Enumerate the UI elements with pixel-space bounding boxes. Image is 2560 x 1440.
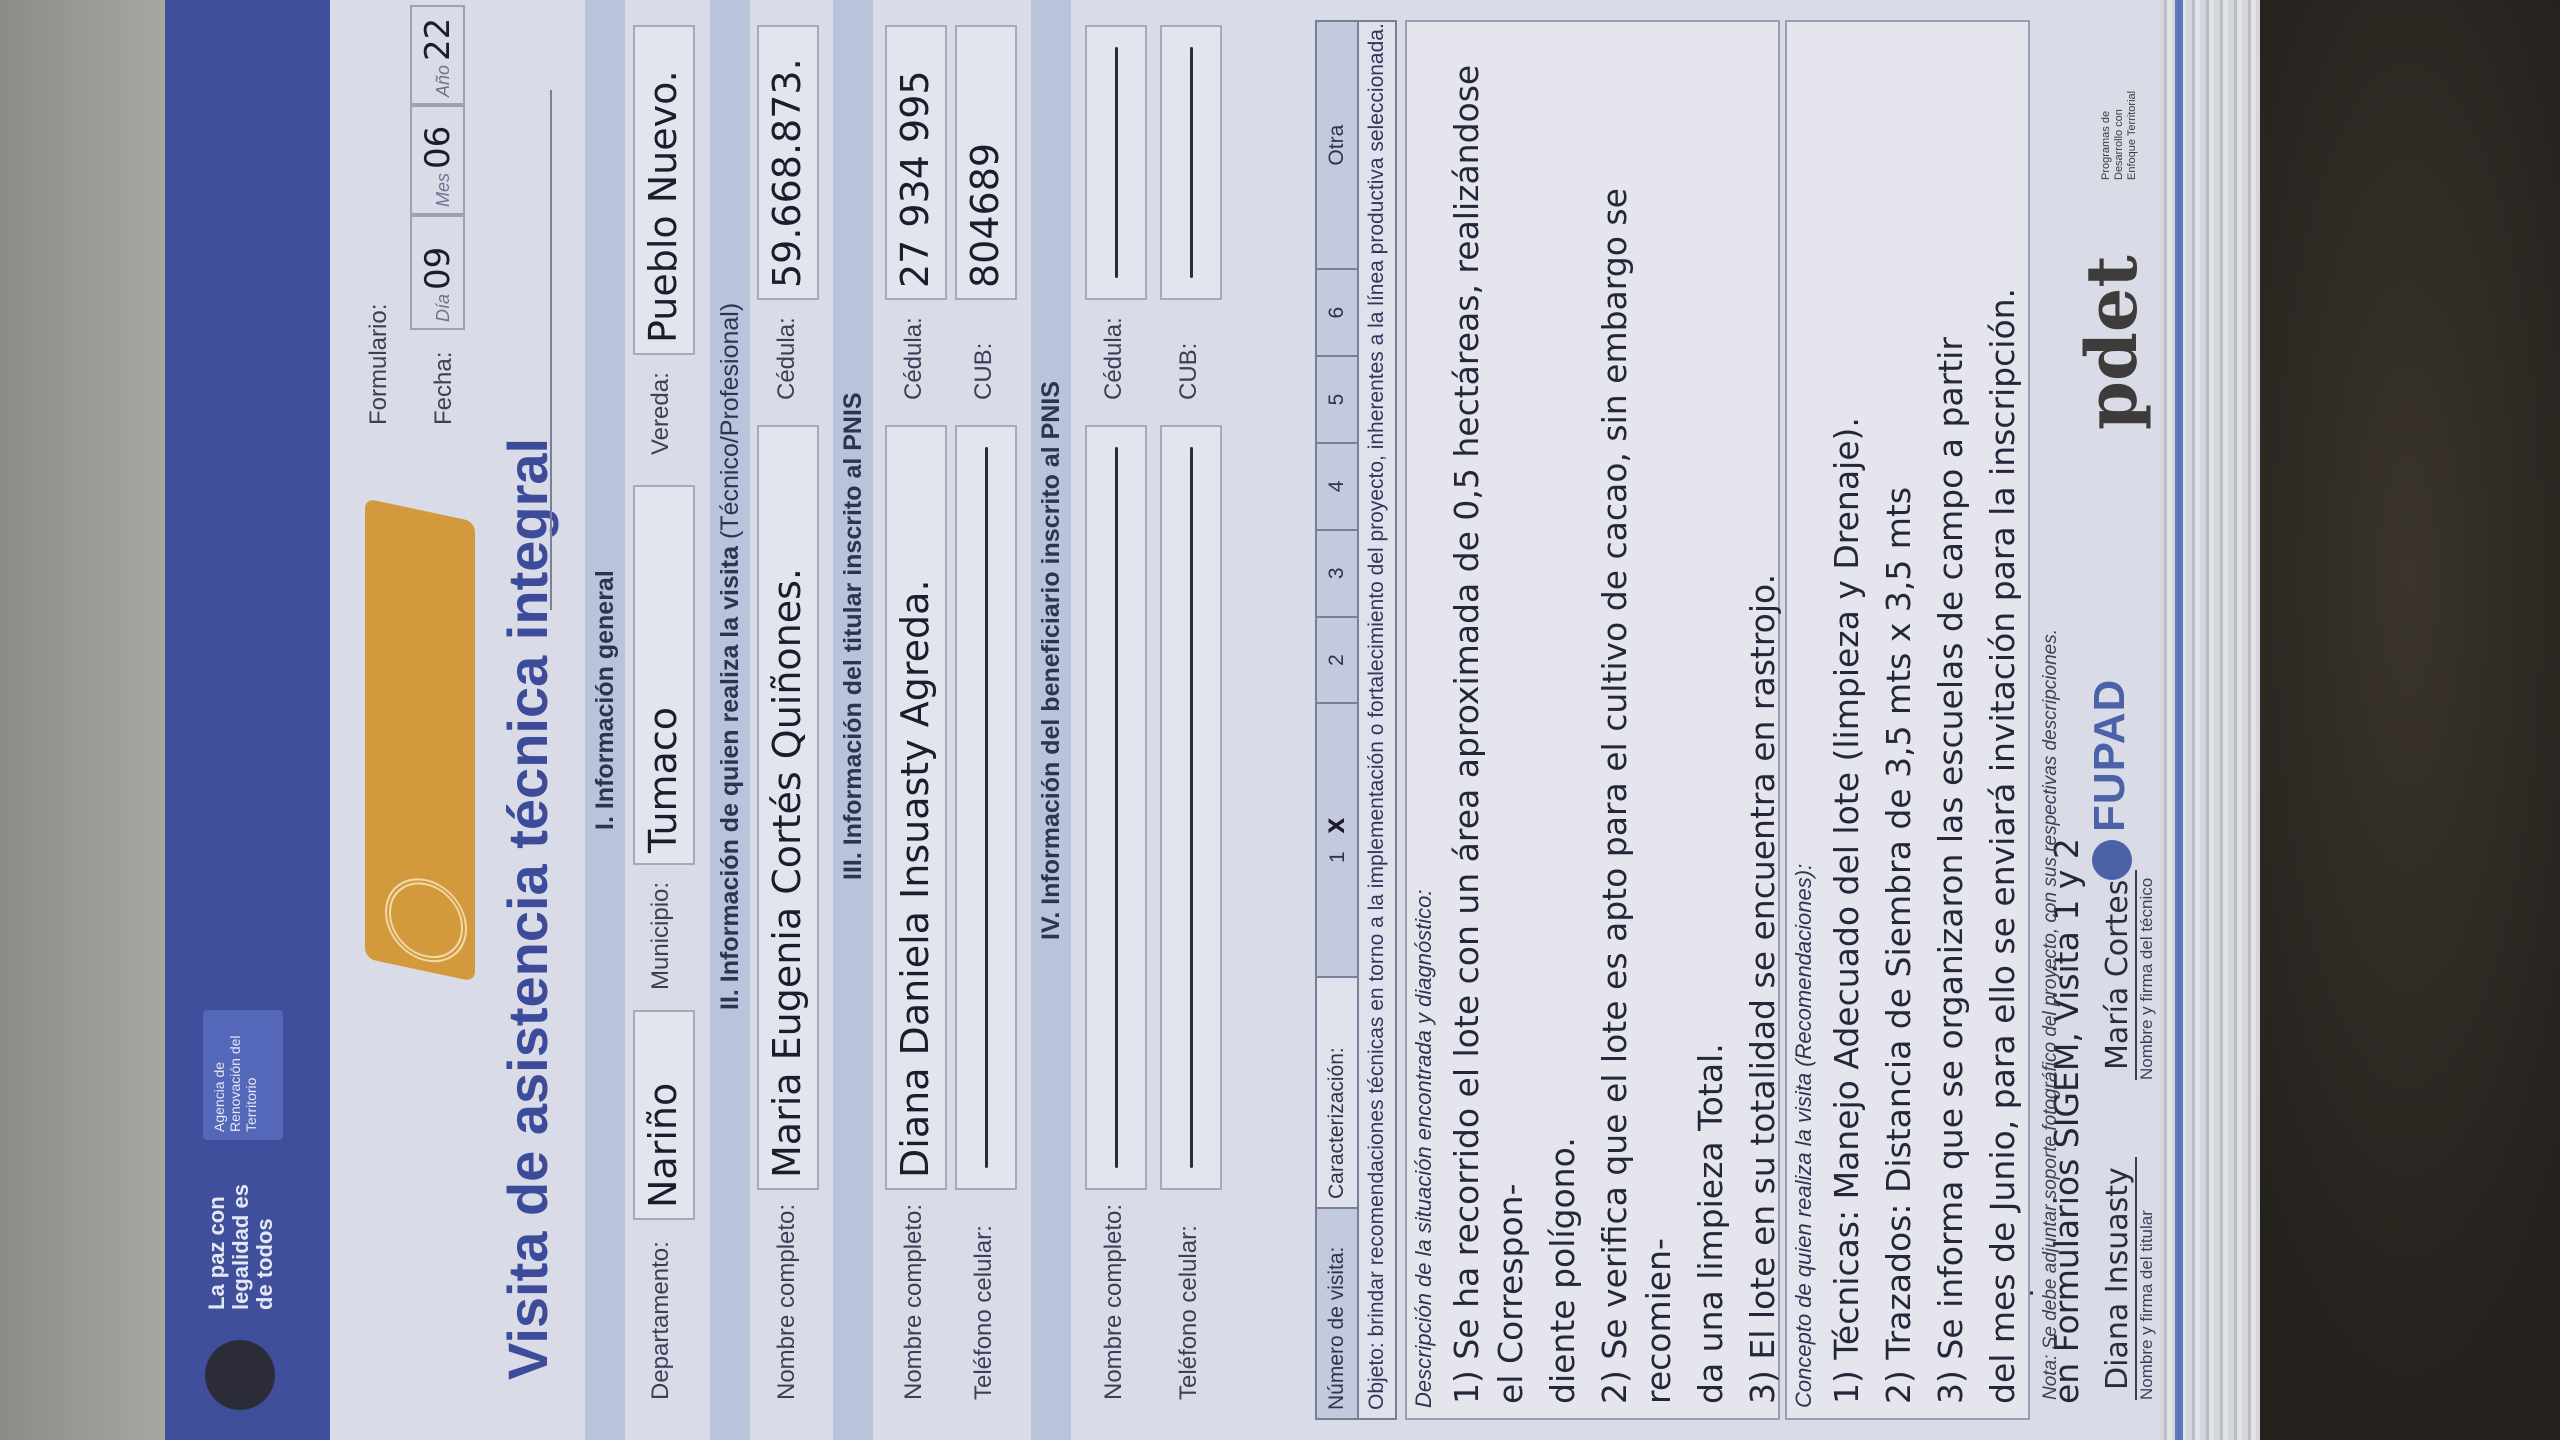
agency-badge [365, 498, 475, 981]
titular-signature: Diana Insuasty [2100, 1157, 2137, 1400]
pdet-logo: pdet [2070, 255, 2153, 430]
municipio-label: Municipio: [647, 882, 675, 990]
firma-tecnico: María Cortes Nombre y firma del técnico [2100, 870, 2157, 1080]
titular-telefono-label: Teléfono celular: [970, 1225, 998, 1400]
handwritten-line: del mes de Junio, para ello se enviará i… [1977, 22, 2029, 1418]
handwritten-line: 2) Trazados: Distancia de Siembra de 3,5… [1873, 22, 1925, 1418]
visit-col-2[interactable]: 2 [1316, 617, 1358, 704]
fupad-logo: FUPAD [2085, 679, 2135, 880]
descripcion-panel[interactable]: Descripción de la situación encontrada y… [1405, 20, 1780, 1420]
blank-dash [1115, 47, 1118, 278]
handwritten-line: 1) Técnicas: Manejo Adecuado del lote (l… [1821, 22, 1873, 1418]
beneficiario-cedula-field[interactable] [1085, 25, 1147, 300]
beneficiario-cub-label: CUB: [1175, 343, 1203, 400]
agency-logo: Agencia de Renovación del Territorio [203, 1010, 283, 1140]
caracterizacion-label: Caracterización: [1316, 977, 1358, 1208]
handwritten-line: 2) Se verifica que el lote es apto para … [1589, 22, 1685, 1418]
formulario-label: Formulario: [365, 304, 393, 425]
objetivo-text: Objeto: brindar recomendaciones técnicas… [1357, 20, 1397, 1420]
visit-col-3[interactable]: 3 [1316, 530, 1358, 617]
nota-text: Nota: Se debe adjuntar soporte fotográfi… [2040, 629, 2062, 1400]
beneficiario-nombre-field[interactable] [1085, 425, 1147, 1190]
background-floor [0, 0, 170, 1440]
pdet-subtitle: Programas de Desarrollo con Enfoque Terr… [2100, 70, 2139, 180]
titular-cub-label: CUB: [970, 343, 998, 400]
departamento-field[interactable]: Nariño [633, 1010, 695, 1220]
swirl-icon [385, 871, 467, 970]
handwritten-line: da una limpieza Total. [1685, 22, 1737, 1418]
titular-cedula-field[interactable]: 27 934 995 [885, 25, 947, 300]
beneficiario-nombre-label: Nombre completo: [1100, 1204, 1128, 1400]
handwritten-line: diente polígono. [1537, 22, 1589, 1418]
tecnico-cedula-label: Cédula: [773, 317, 801, 400]
titular-signature-caption: Nombre y firma del titular [2137, 1157, 2157, 1400]
tecnico-signature: María Cortes [2100, 870, 2137, 1080]
vereda-field[interactable]: Pueblo Nuevo. [633, 25, 695, 355]
blank-dash [1190, 47, 1193, 278]
visit-col-5[interactable]: 5 [1316, 356, 1358, 443]
tecnico-signature-caption: Nombre y firma del técnico [2137, 870, 2157, 1080]
concepto-panel[interactable]: Concepto de quien realiza la visita (Rec… [1785, 20, 2030, 1420]
visit-col-6[interactable]: 6 [1316, 269, 1358, 356]
blank-dash [1115, 447, 1118, 1168]
section-1-heading: I. Información general [585, 0, 625, 1440]
fecha-label: Fecha: [430, 352, 458, 425]
beneficiario-telefono-label: Teléfono celular: [1175, 1225, 1203, 1400]
globe-icon [2092, 840, 2132, 880]
vereda-label: Vereda: [647, 372, 675, 455]
tecnico-nombre-field[interactable]: Maria Eugenia Cortés Quiñones. [757, 425, 819, 1190]
header-band: La paz con legalidad es de todos Agencia… [165, 0, 330, 1440]
titular-cub-field[interactable]: 804689 [955, 25, 1017, 300]
concepto-caption: Concepto de quien realiza la visita (Rec… [1787, 22, 1821, 1418]
slogan: La paz con legalidad es de todos [205, 1160, 277, 1310]
beneficiario-cub-field[interactable] [1160, 25, 1222, 300]
section-2-heading: II. Información de quien realiza la visi… [710, 0, 750, 1440]
firma-titular: Diana Insuasty Nombre y firma del titula… [2100, 1157, 2157, 1400]
concepto-lines: 1) Técnicas: Manejo Adecuado del lote (l… [1821, 22, 2029, 1418]
visit-number-table: Número de visita: Caracterización: 1 X 2… [1315, 20, 1359, 1420]
section-3-heading: III. Información del titular inscrito al… [833, 0, 873, 1440]
form-document: La paz con legalidad es de todos Agencia… [165, 0, 2160, 1440]
descripcion-caption: Descripción de la situación encontrada y… [1407, 22, 1441, 1418]
blank-dash [985, 447, 988, 1168]
month-field[interactable]: Mes06 [410, 105, 465, 215]
beneficiario-cedula-label: Cédula: [1100, 317, 1128, 400]
day-field[interactable]: Día09 [410, 215, 465, 330]
handwritten-line: 1) Se ha recorrido el lote con un área a… [1441, 22, 1537, 1418]
handwritten-line: 3) Se informa que se organizaron las esc… [1925, 22, 1977, 1418]
tecnico-cedula-field[interactable]: 59.668.873. [757, 25, 819, 300]
handwritten-line: 3) El lote en su totalidad se encuentra … [1737, 22, 1789, 1418]
visit-col-4[interactable]: 4 [1316, 443, 1358, 530]
titular-cedula-label: Cédula: [900, 317, 928, 400]
beneficiario-telefono-field[interactable] [1160, 425, 1222, 1190]
municipio-field[interactable]: Tumaco [633, 485, 695, 865]
blank-dash [1190, 447, 1193, 1168]
titular-telefono-field[interactable] [955, 425, 1017, 1190]
departamento-label: Departamento: [647, 1241, 675, 1400]
tecnico-nombre-label: Nombre completo: [773, 1204, 801, 1400]
section-4-heading: IV. Información del beneficiario inscrit… [1031, 0, 1071, 1440]
stack-blue-stripe [2175, 0, 2183, 1440]
titular-nombre-label: Nombre completo: [900, 1204, 928, 1400]
coat-of-arms-icon [205, 1340, 275, 1410]
title-rule [550, 90, 552, 610]
visit-col-1[interactable]: 1 X [1316, 704, 1358, 978]
titular-nombre-field[interactable]: Diana Daniela Insuasty Agreda. [885, 425, 947, 1190]
numero-visita-label: Número de visita: [1316, 1208, 1358, 1419]
year-field[interactable]: Año22 [410, 5, 465, 105]
visit-col-otra[interactable]: Otra [1316, 21, 1358, 269]
